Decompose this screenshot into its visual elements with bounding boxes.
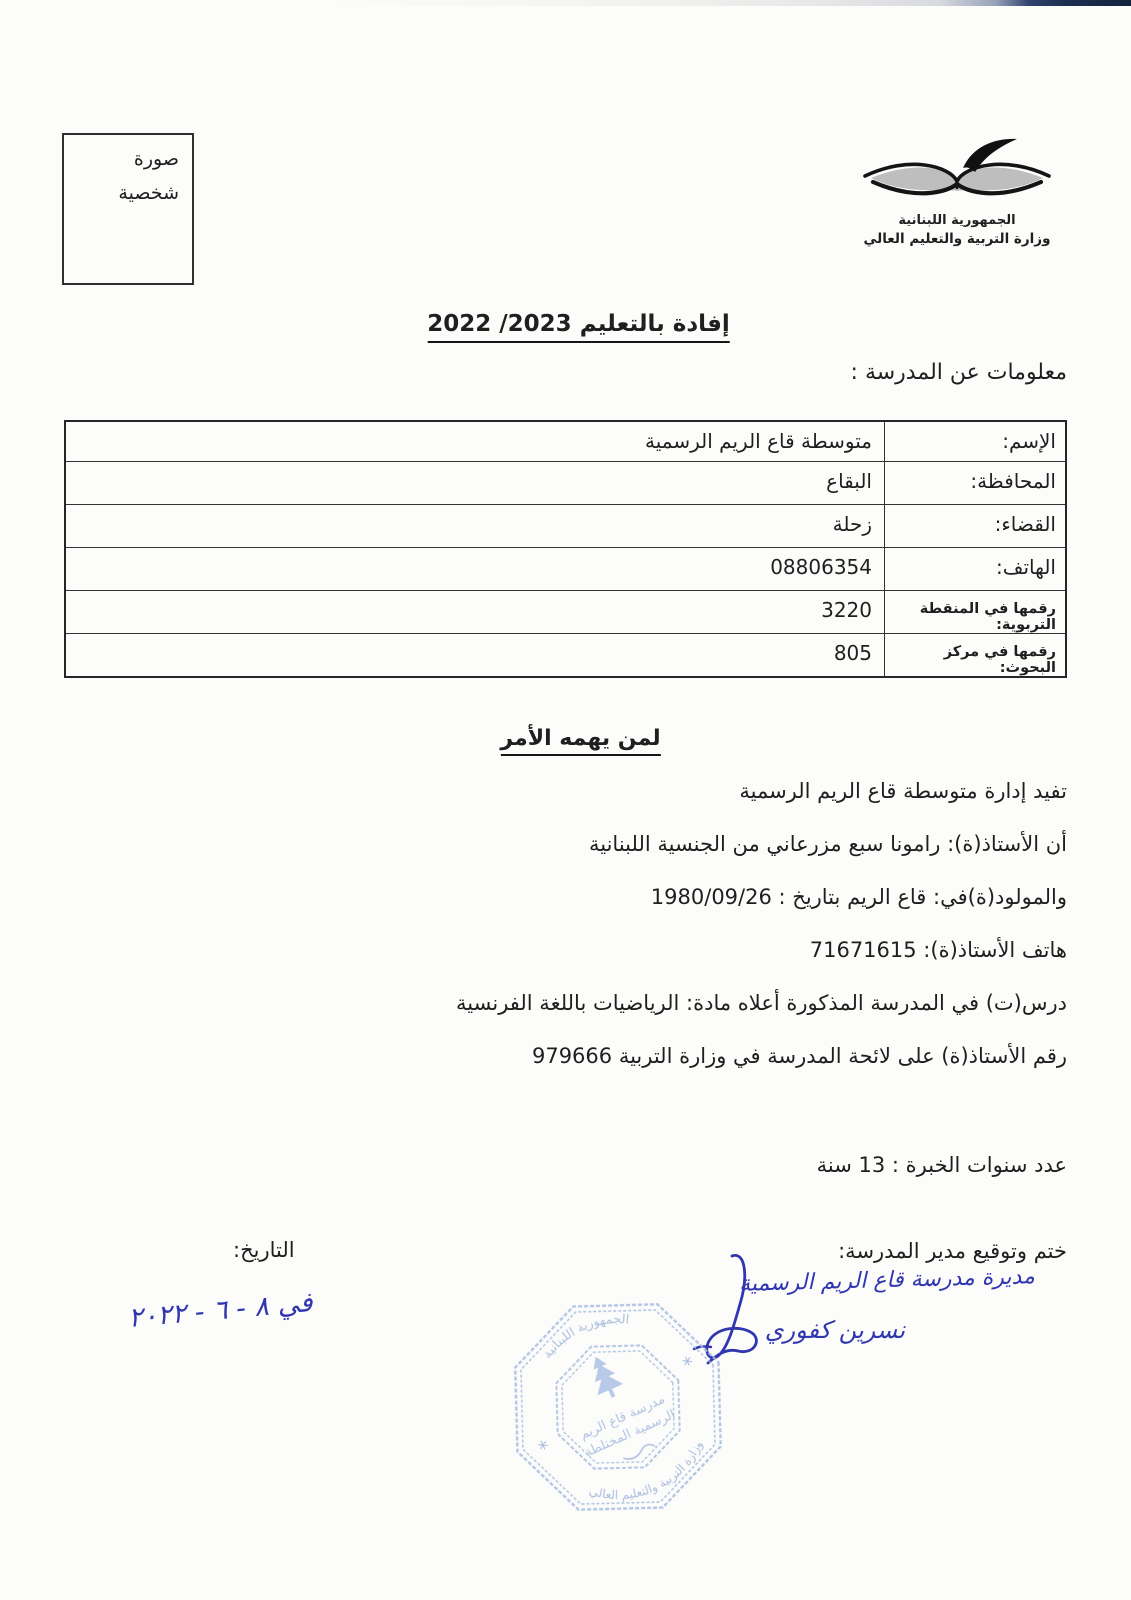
signature-title: مديرة مدرسة قاع الريم الرسمية — [739, 1264, 1035, 1297]
letter-line: تفيد إدارة متوسطة قاع الريم الرسمية — [456, 780, 1067, 803]
experience-line: عدد سنوات الخبرة : 13 سنة — [817, 1153, 1067, 1177]
row-label: الهاتف: — [885, 547, 1067, 590]
scan-edge-artifact — [0, 0, 1131, 6]
date-label: التاريخ: — [233, 1238, 295, 1262]
school-info-table: الإسم: متوسطة قاع الريم الرسمية المحافظة… — [64, 420, 1067, 678]
photo-box: صورة شخصية — [62, 133, 194, 285]
letter-line: أن الأستاذ(ة): رامونا سبع مزرعاني من الج… — [456, 833, 1067, 856]
letter-line: والمولود(ة)في: قاع الريم بتاريخ : 1980/0… — [456, 886, 1067, 909]
table-row: القضاء: زحلة — [65, 504, 1066, 547]
row-value: 805 — [65, 633, 885, 677]
open-book-icon — [857, 136, 1057, 210]
table-row: رقمها في مركز البحوث: 805 — [65, 633, 1066, 677]
school-info-heading: معلومات عن المدرسة : — [851, 360, 1067, 385]
stamp-star-icon: * — [679, 1352, 698, 1378]
letter-body: تفيد إدارة متوسطة قاع الريم الرسمية أن ا… — [456, 780, 1067, 1098]
row-value: 3220 — [65, 590, 885, 633]
row-value: 08806354 — [65, 547, 885, 590]
photo-box-label-line1: صورة — [64, 142, 179, 176]
republic-name: الجمهورية اللبنانية — [850, 212, 1064, 230]
scanned-document-page: { "header": { "photo_box_line1": "صورة",… — [0, 0, 1131, 1600]
letter-line: رقم الأستاذ(ة) على لائحة المدرسة في وزار… — [456, 1045, 1067, 1068]
row-label: الإسم: — [885, 421, 1067, 461]
table-row: الإسم: متوسطة قاع الريم الرسمية — [65, 421, 1066, 461]
row-label: القضاء: — [885, 504, 1067, 547]
letter-line: درس(ت) في المدرسة المذكورة أعلاه مادة: ا… — [456, 992, 1067, 1015]
table-row: المحافظة: البقاع — [65, 461, 1066, 504]
principal-stamp-label: ختم وتوقيع مدير المدرسة: — [838, 1239, 1067, 1263]
row-label: رقمها في مركز البحوث: — [885, 633, 1067, 677]
row-value: زحلة — [65, 504, 885, 547]
handwritten-date: في ٨ - ٦ - ٢٠٢٢ — [127, 1287, 314, 1334]
cedar-icon — [583, 1351, 626, 1403]
signature-name: نسرين كفوري — [765, 1316, 905, 1344]
row-label: رقمها في المنقطة التربوية: — [885, 590, 1067, 633]
document-title: إفادة بالتعليم 2023/ 2022 — [427, 311, 730, 337]
concern-heading: لمن يهمه الأمر — [500, 726, 660, 751]
row-label: المحافظة: — [885, 461, 1067, 504]
row-value: متوسطة قاع الريم الرسمية — [65, 421, 885, 461]
ministry-logo: الجمهورية اللبنانية وزارة التربية والتعل… — [850, 136, 1064, 249]
table-row: رقمها في المنقطة التربوية: 3220 — [65, 590, 1066, 633]
letter-line: هاتف الأستاذ(ة): 71671615 — [456, 939, 1067, 962]
row-value: البقاع — [65, 461, 885, 504]
stamp-star-icon: * — [535, 1435, 554, 1461]
table-row: الهاتف: 08806354 — [65, 547, 1066, 590]
photo-box-label-line2: شخصية — [64, 176, 179, 210]
ministry-name: وزارة التربية والتعليم العالي — [850, 230, 1064, 249]
